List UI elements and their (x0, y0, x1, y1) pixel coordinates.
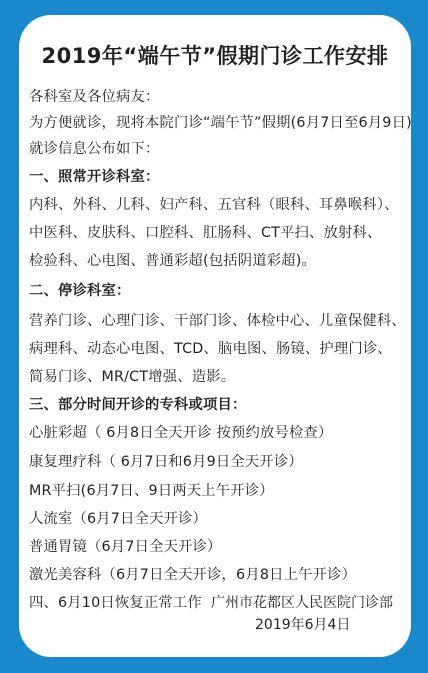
section-1-heading: 一、照常开诊科室： (29, 166, 159, 186)
section-1-line: 内科、外科、儿科、妇产科、五官科（眼科、耳鼻喉科）、 (29, 194, 399, 214)
intro-line-1: 为方便就诊，现将本院门诊“端午节”假期(6月7日至6月9日) (29, 112, 412, 132)
section-2-line: 病理科、动态心电图、TCD、脑电图、肠镜、护理门诊、 (29, 338, 392, 358)
section-2-line: 简易门诊、MR/CT增强、造影。 (29, 366, 235, 386)
section-2-heading: 二、停诊科室： (29, 280, 130, 300)
signature-date: 2019年6月4日 (255, 614, 350, 634)
section-3-line: 心脏彩超（ 6月8日全天开诊 按预约放号检查） (29, 422, 333, 442)
section-4-heading: 四、6月10日恢复正常工作 (29, 592, 202, 612)
section-2-line: 营养门诊、心理门诊、干部门诊、体检中心、儿童保健科、 (29, 310, 406, 330)
section-1-line: 中医科、皮肤科、口腔科、肛肠科、CT平扫、放射科、 (29, 222, 382, 242)
notice-title: 2019年“端午节”假期门诊工作安排 (19, 40, 411, 70)
section-3-line: 人流室（6月7日全天开诊） (29, 508, 207, 528)
section-3-line: 普通胃镜（6月7日全天开诊） (29, 536, 222, 556)
section-3-line: MR平扫(6月7日、9日两天上午开诊） (29, 480, 274, 500)
section-3-line: 康复理疗科（ 6月7日和6月9日全天开诊） (29, 451, 303, 471)
greeting: 各科室及各位病友： (29, 86, 159, 106)
section-3-line: 激光美容科（6月7日全天开诊，6月8日上午开诊） (29, 564, 356, 584)
section-3-heading: 三、部分时间开诊的专科或项目： (29, 394, 246, 414)
signature-organization: 广州市花都区人民医院门诊部 (211, 592, 393, 612)
intro-line-2: 就诊信息公布如下： (29, 138, 159, 158)
section-1-line: 检验科、心电图、普通彩超(包括阴道彩超)。 (29, 250, 316, 270)
